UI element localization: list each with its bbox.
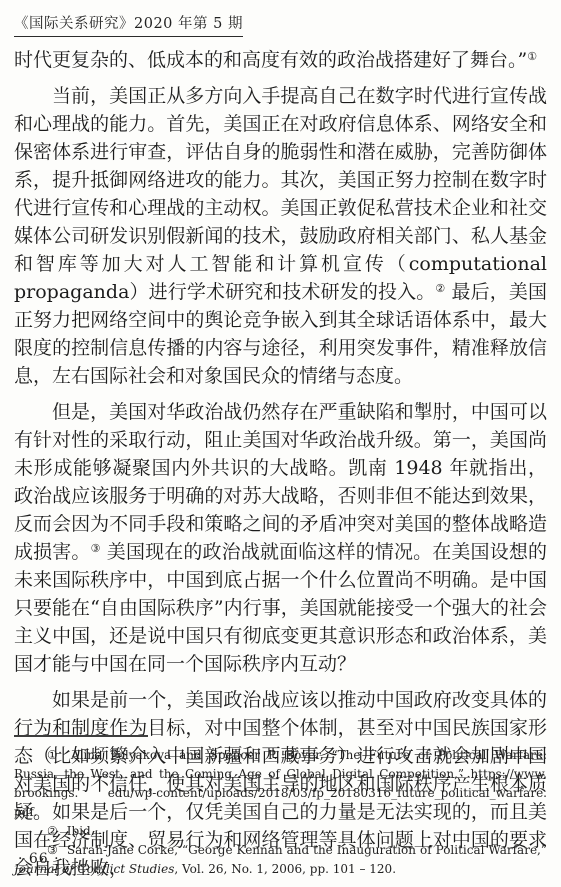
footnote-separator xyxy=(14,735,148,737)
body-paragraph-2: 当前，美国正从多方向入手提高自己在数字时代进行宣传战和心理战的能力。首先，美国正… xyxy=(14,82,547,390)
body-paragraph-3: 但是，美国对华政治战仍然存在严重缺陷和掣肘，中国可以有针对性的采取行动，阻止美国… xyxy=(14,398,547,678)
body-paragraph-1: 时代更复杂的、低成本的和高度有效的政治战搭建好了舞台。”① xyxy=(14,46,547,74)
running-head: 《国际关系研究》2020 年第 5 期 xyxy=(14,12,243,37)
footnote-2-number: ② xyxy=(47,824,58,838)
footnote-1-number: ① xyxy=(47,748,62,762)
footnote-3: ③Sarah-Jane Corke, “George Kennan and th… xyxy=(14,841,547,879)
footnotes-block: ①Alina Polyakova and Spencer P. Boyer, “… xyxy=(14,746,547,879)
journal-issue-title: 《国际关系研究》2020 年第 5 期 xyxy=(14,12,243,37)
journal-page: 《国际关系研究》2020 年第 5 期 时代更复杂的、低成本的和高度有效的政治战… xyxy=(0,0,561,887)
page-number: · 66 · xyxy=(18,851,60,867)
footnote-2: ②Ibid. xyxy=(14,822,547,841)
footnote-2-text: Ibid. xyxy=(67,824,95,838)
footnote-1-text: Alina Polyakova and Spencer P. Boyer, “T… xyxy=(14,748,547,819)
footnote-3-text: Sarah-Jane Corke, “George Kennan and the… xyxy=(14,843,547,876)
footnote-1: ①Alina Polyakova and Spencer P. Boyer, “… xyxy=(14,746,547,822)
